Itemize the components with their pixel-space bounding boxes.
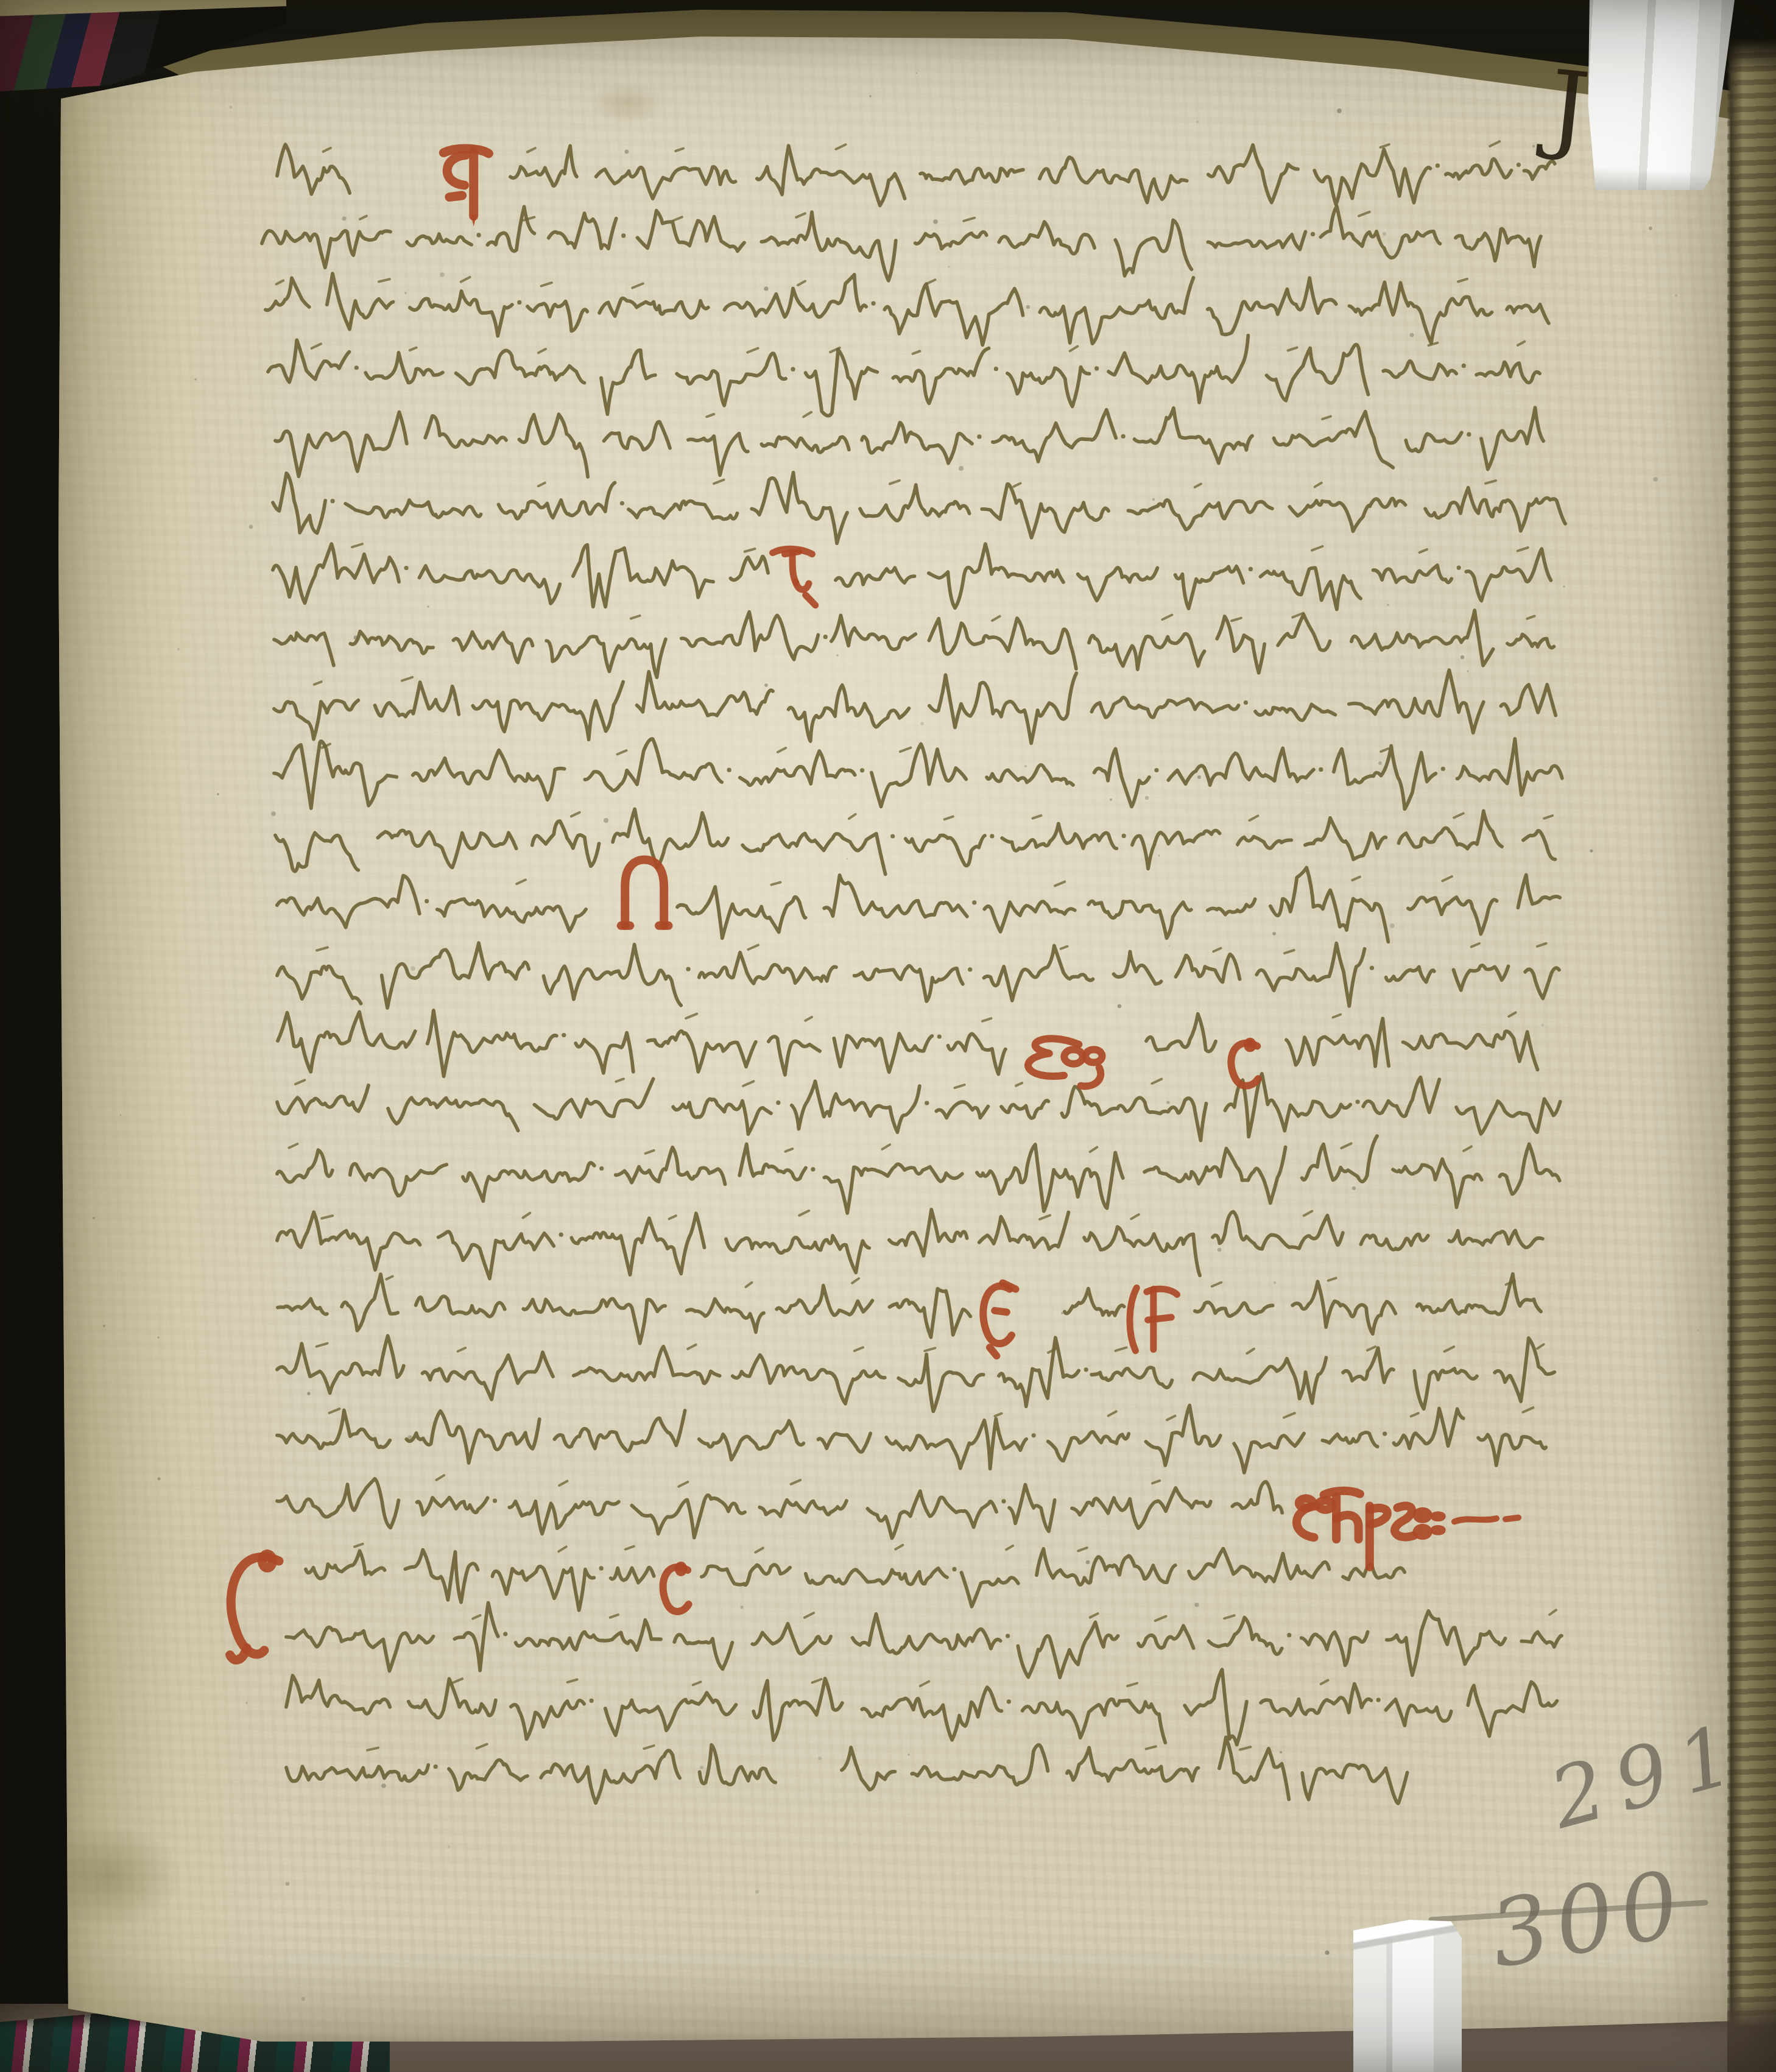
rubric-chps_tail [1434,1514,1518,1532]
rubric-e_flourish [983,1283,1015,1356]
rubric-c_small [1231,1041,1258,1086]
parchment-speckles [93,72,1699,2001]
rubric-flourish_i [773,549,816,605]
rubric-ego [1028,1038,1102,1086]
rubric-arch [621,860,669,926]
corner-mark-j: J [1535,48,1594,166]
manuscript-photo: 291 300 J [0,0,1776,2072]
rubric-q_initial [443,149,488,227]
white-paper-tab-bottom [1353,1920,1462,2072]
ink-overlay: 291 300 J [0,0,1776,2072]
pencil-marginalia: 291 300 J [1431,48,1756,1989]
folio-number-300: 300 [1482,1850,1694,1989]
rubric-cf_ligature [1130,1288,1177,1350]
rubric-c_small [663,1565,689,1612]
white-paper-tab-top [1584,0,1735,190]
rubric-chps_big [1297,1491,1428,1567]
rubric-c_marginal [230,1554,279,1660]
folio-number-291: 291 [1540,1704,1756,1847]
